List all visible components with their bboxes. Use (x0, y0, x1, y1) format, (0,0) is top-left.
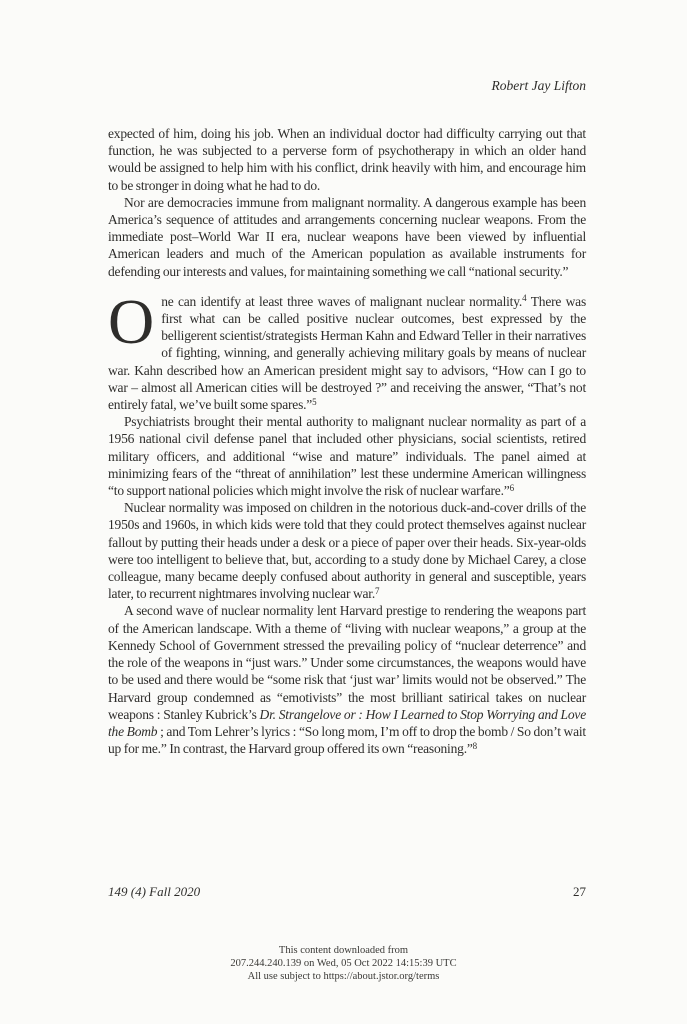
jstor-stamp-line-3: All use subject to https://about.jstor.o… (0, 970, 687, 983)
body-paragraph-2: Nor are democracies immune from malignan… (108, 194, 586, 280)
footnote-marker-6: 6 (510, 483, 515, 493)
paragraph-text: There was first what can be called posit… (108, 294, 586, 412)
journal-page-scan: Robert Jay Lifton expected of him, doing… (0, 0, 687, 1024)
jstor-stamp-line-2: 207.244.240.139 on Wed, 05 Oct 2022 14:1… (0, 957, 687, 970)
footnote-marker-4: 4 (522, 293, 527, 303)
running-head-author: Robert Jay Lifton (108, 78, 586, 94)
paragraph-text: Nuclear normality was imposed on childre… (108, 500, 586, 601)
body-paragraph-6: A second wave of nuclear normality lent … (108, 602, 586, 757)
jstor-stamp-line-1: This content downloaded from (0, 944, 687, 957)
paragraph-text: A second wave of nuclear normality lent … (108, 603, 586, 721)
body-paragraph-4: Psychiatrists brought their mental autho… (108, 413, 586, 499)
footnote-marker-7: 7 (375, 586, 380, 596)
paragraph-text: ne can identify at least three waves of … (161, 294, 522, 309)
body-paragraph-3: One can identify at least three waves of… (108, 293, 586, 413)
drop-cap-letter: O (108, 293, 161, 346)
footnote-marker-8: 8 (473, 741, 478, 751)
journal-issue-label: 149 (4) Fall 2020 (108, 884, 200, 900)
footnote-marker-5: 5 (312, 397, 317, 407)
text-column: Robert Jay Lifton expected of him, doing… (108, 78, 586, 757)
jstor-download-stamp: This content downloaded from 207.244.240… (0, 944, 687, 984)
paragraph-text: ; and Tom Lehrer’s lyrics : “So long mom… (108, 724, 586, 756)
page-footer: 149 (4) Fall 2020 27 (108, 884, 586, 900)
body-paragraph-5: Nuclear normality was imposed on childre… (108, 499, 586, 602)
page-number: 27 (573, 884, 586, 900)
paragraph-text: Psychiatrists brought their mental autho… (108, 414, 586, 498)
body-paragraph-1: expected of him, doing his job. When an … (108, 125, 586, 194)
